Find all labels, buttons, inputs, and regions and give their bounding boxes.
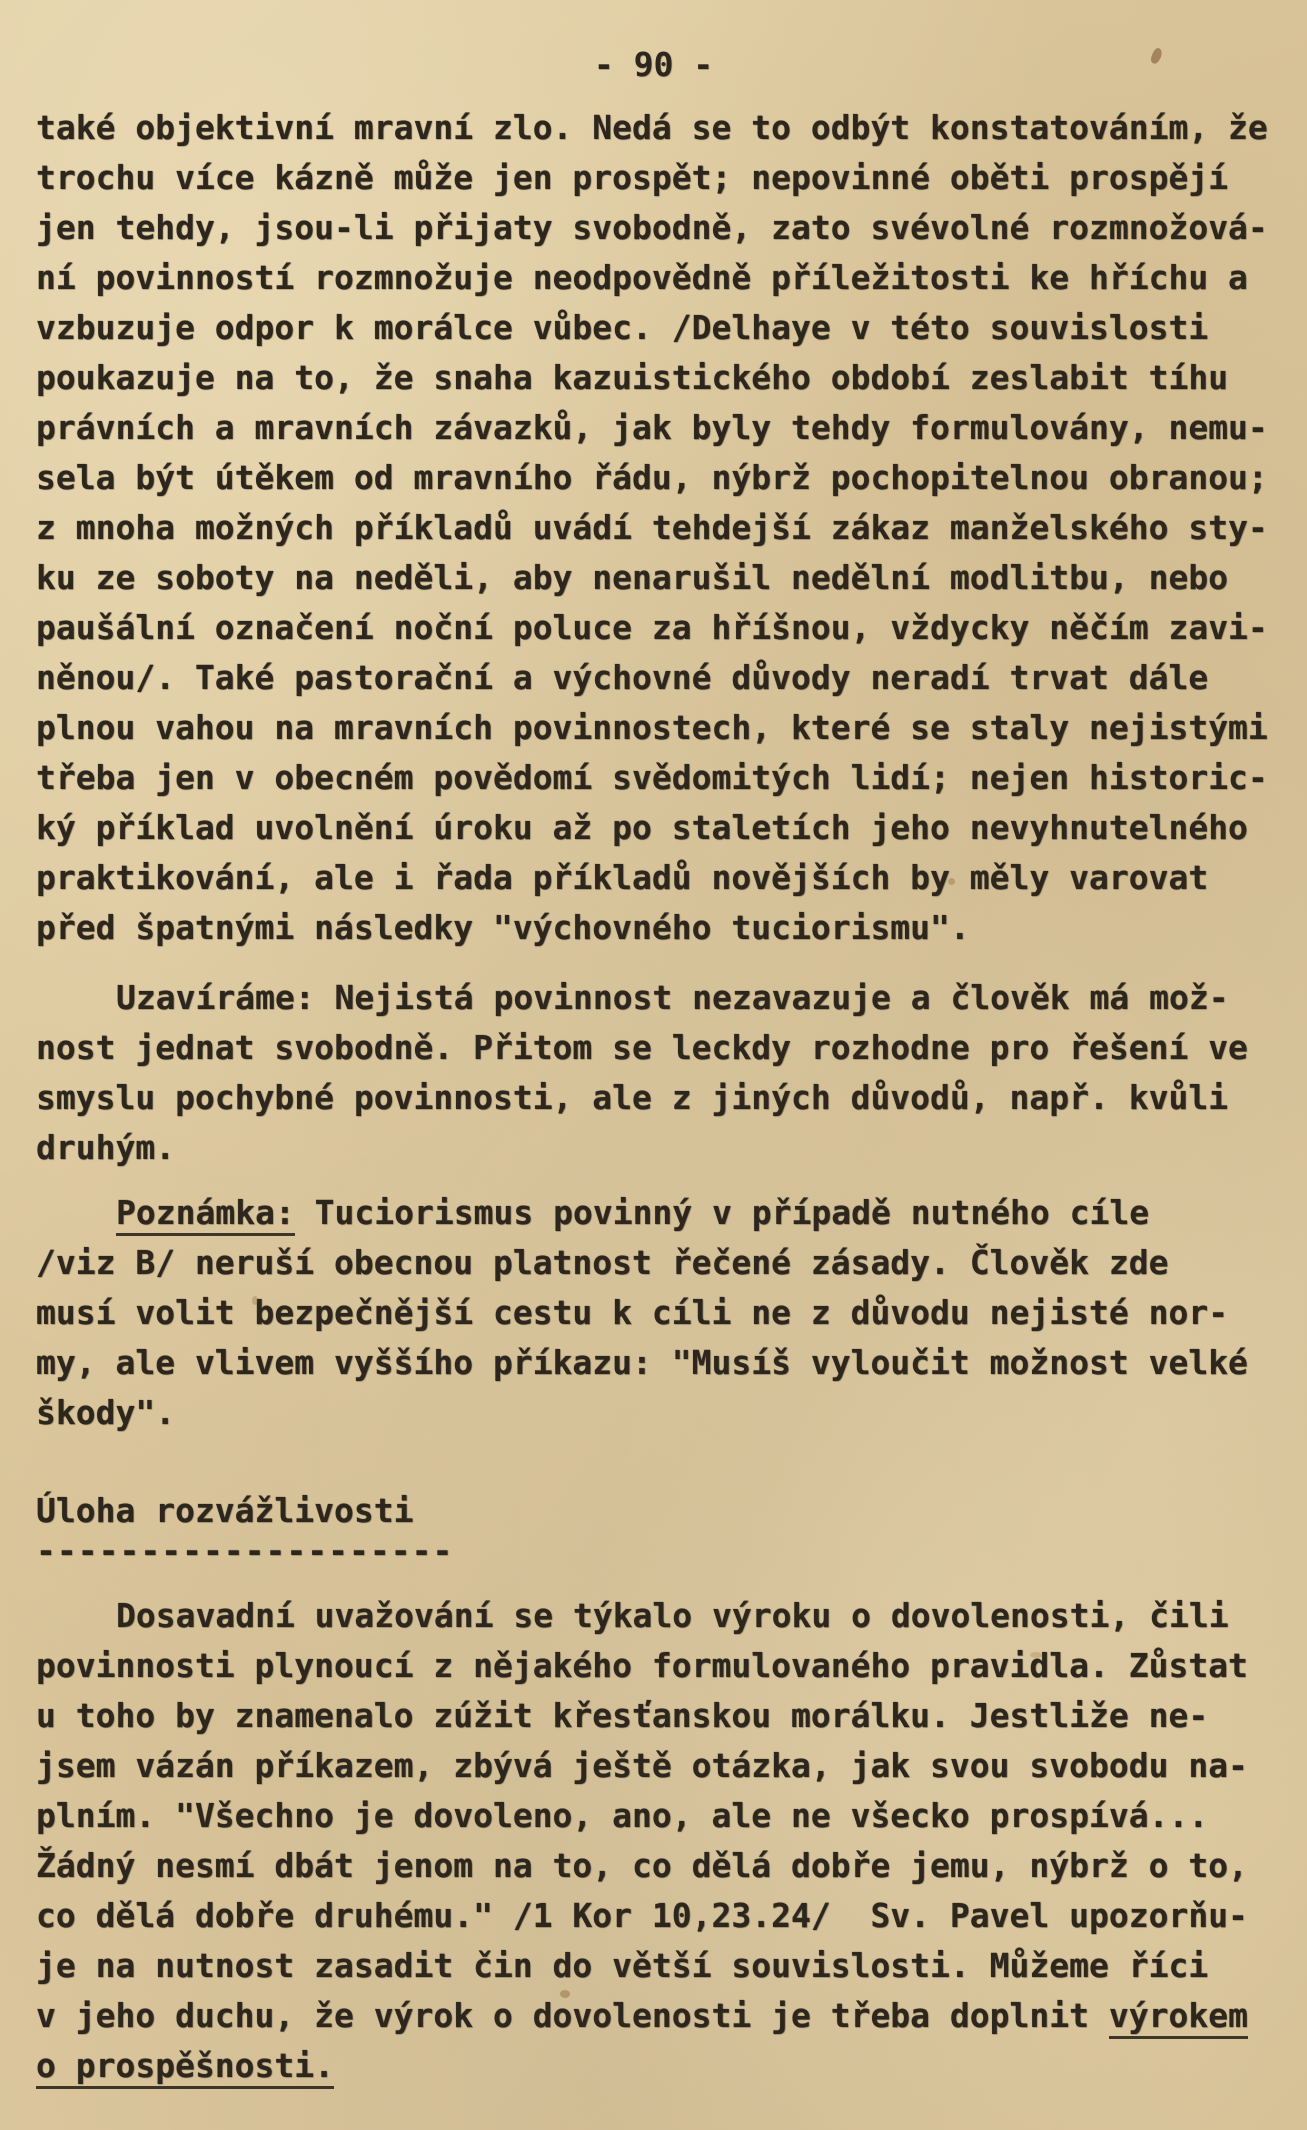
section-title: Úloha rozvážlivosti (36, 1486, 1276, 1536)
text-line: jsem vázán příkazem, zbývá ještě otázka,… (36, 1741, 1276, 1791)
paragraph-4-role-of-prudence: Dosavadní uvažování se týkalo výroku o d… (36, 1591, 1276, 2091)
text-line: také objektivní mravní zlo. Nedá se to o… (36, 103, 1276, 153)
paragraph-2-conclusion: Uzavíráme: Nejistá povinnost nezavazuje … (36, 973, 1276, 1173)
text-line: sela být útěkem od mravního řádu, nýbrž … (36, 453, 1276, 503)
text-line: u toho by znamenalo zúžit křesťanskou mo… (36, 1691, 1276, 1741)
text-line: je na nutnost zasadit čin do větší souvi… (36, 1941, 1276, 1991)
text-line: něnou/. Také pastorační a výchovné důvod… (36, 653, 1276, 703)
text-line: před špatnými následky "výchovného tucio… (36, 903, 1276, 953)
text-line: vzbuzuje odpor k morálce vůbec. /Delhaye… (36, 303, 1276, 353)
scanned-typewritten-page: - 90 - také objektivní mravní zlo. Nedá … (0, 0, 1307, 2130)
note-first-line-rest: Tuciorismus povinný v případě nutného cí… (295, 1193, 1149, 1232)
text-line: ký příklad uvolnění úroku až po staletíc… (36, 803, 1276, 853)
text-line: poukazuje na to, že snaha kazuistického … (36, 353, 1276, 403)
text-line: ku ze soboty na neděli, aby nenarušil ne… (36, 553, 1276, 603)
text-line: škody". (36, 1388, 1276, 1438)
text-segment: v jeho duchu, že výrok o dovolenosti je … (36, 1996, 1109, 2035)
text-line: musí volit bezpečnější cestu k cíli ne z… (36, 1288, 1276, 1338)
text-line: jen tehdy, jsou-li přijaty svobodně, zat… (36, 203, 1276, 253)
emphasized-word: výrokem (1109, 1996, 1248, 2039)
dashed-rule: -------------------- (36, 1536, 1276, 1566)
paragraph-3-note: Poznámka: Tuciorismus povinný v případě … (36, 1188, 1276, 1438)
text-line: my, ale vlivem vyššího příkazu: "Musíš v… (36, 1338, 1276, 1388)
text-line: Poznámka: Tuciorismus povinný v případě … (36, 1188, 1276, 1238)
text-line: v jeho duchu, že výrok o dovolenosti je … (36, 1991, 1276, 2041)
emphasized-phrase: o prospěšnosti. (36, 2046, 334, 2089)
text-line: třeba jen v obecném povědomí svědomitých… (36, 753, 1276, 803)
text-line: ní povinností rozmnožuje neodpovědně pří… (36, 253, 1276, 303)
text-line: z mnoha možných příkladů uvádí tehdejší … (36, 503, 1276, 553)
text-line: plním. "Všechno je dovoleno, ano, ale ne… (36, 1791, 1276, 1841)
text-line: Žádný nesmí dbát jenom na to, co dělá do… (36, 1841, 1276, 1891)
section-title-dashed-underline: -------------------- (36, 1536, 1276, 1566)
text-line: praktikování, ale i řada příkladů novějš… (36, 853, 1276, 903)
text-line: smyslu pochybné povinnosti, ale z jiných… (36, 1073, 1276, 1123)
page-content: také objektivní mravní zlo. Nedá se to o… (36, 103, 1276, 2091)
text-line: právních a mravních závazků, jak byly te… (36, 403, 1276, 453)
text-line: Uzavíráme: Nejistá povinnost nezavazuje … (36, 973, 1276, 1023)
text-line: o prospěšnosti. (36, 2041, 1276, 2091)
text-line: paušální označení noční poluce za hříšno… (36, 603, 1276, 653)
note-label: Poznámka: (116, 1193, 295, 1236)
paragraph-1: také objektivní mravní zlo. Nedá se to o… (36, 103, 1276, 953)
section-heading: Úloha rozvážlivosti -------------------- (36, 1486, 1276, 1566)
text-line: nost jednat svobodně. Přitom se leckdy r… (36, 1023, 1276, 1073)
text-line: co dělá dobře druhému." /1 Kor 10,23.24/… (36, 1891, 1276, 1941)
text-line: trochu více kázně může jen prospět; nepo… (36, 153, 1276, 203)
text-line: povinnosti plynoucí z nějakého formulova… (36, 1641, 1276, 1691)
text-line: druhým. (36, 1123, 1276, 1173)
text-line: Dosavadní uvažování se týkalo výroku o d… (36, 1591, 1276, 1641)
text-line: /viz B/ neruší obecnou platnost řečené z… (36, 1238, 1276, 1288)
page-number: - 90 - (0, 40, 1307, 90)
text-line: plnou vahou na mravních povinnostech, kt… (36, 703, 1276, 753)
